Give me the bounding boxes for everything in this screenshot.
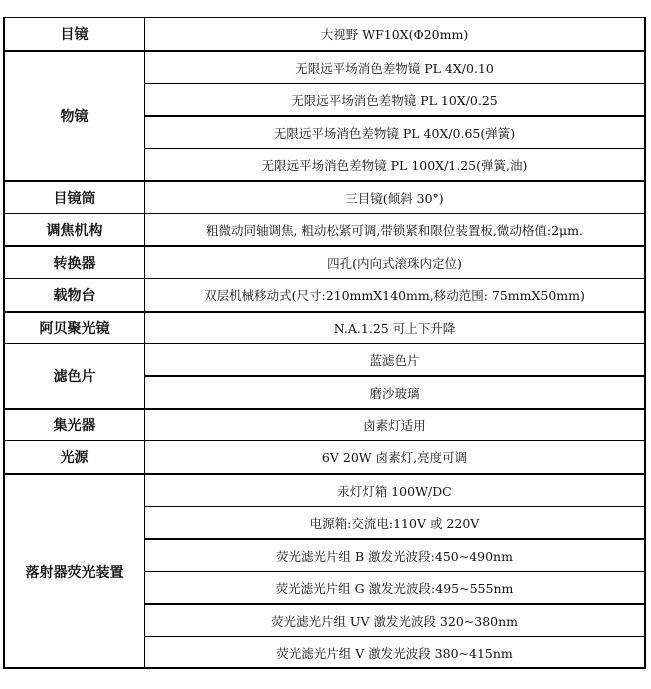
row-value: 荧光滤光片组 V 激发光波段 380~415nm bbox=[145, 637, 644, 668]
row-value: 荧光滤光片组 B 激发光波段:450~490nm bbox=[145, 540, 644, 571]
row-value: 蓝滤色片 bbox=[145, 344, 644, 375]
row-label-eyepiece-tube: 目镜筒 bbox=[5, 182, 144, 213]
row-label-nosepiece: 转换器 bbox=[5, 247, 144, 278]
row-label-focus-mechanism: 调焦机构 bbox=[5, 214, 144, 245]
row-label-collector: 集光器 bbox=[5, 410, 144, 440]
row-value: 汞灯灯箱 100W/DC bbox=[145, 475, 644, 506]
row-label-abbe-condenser: 阿贝聚光镜 bbox=[5, 313, 144, 343]
row-label-stage: 载物台 bbox=[5, 279, 144, 311]
row-label-color-filter: 滤色片 bbox=[5, 344, 144, 408]
row-value: 荧光滤光片组 G 激发光波段:495~555nm bbox=[145, 572, 644, 603]
row-value: 无限远平场消色差物镜 PL 10X/0.25 bbox=[145, 84, 644, 115]
row-value: 无限远平场消色差物镜 PL 4X/0.10 bbox=[145, 52, 644, 83]
row-label-light-source: 光源 bbox=[5, 441, 144, 473]
row-value: 卤素灯适用 bbox=[145, 410, 644, 440]
row-value: 磨沙玻璃 bbox=[145, 377, 644, 408]
row-label-objective: 物镜 bbox=[5, 52, 144, 180]
row-value: 大视野 WF10X(Φ20mm) bbox=[145, 18, 644, 50]
row-value: 双层机械移动式(尺寸:210mmX140mm,移动范围: 75mmX50mm) bbox=[145, 279, 644, 311]
row-value: 无限远平场消色差物镜 PL 100X/1.25(弹簧,油) bbox=[145, 149, 644, 180]
row-label-epi-fluorescence: 落射器荧光装置 bbox=[5, 475, 144, 668]
row-value: 6V 20W 卤素灯,亮度可调 bbox=[145, 441, 644, 473]
row-value: 粗微动同轴调焦, 粗动松紧可调,带锁紧和限位装置板,微动格值:2μm. bbox=[145, 214, 644, 245]
row-value: 四孔(内向式滚珠内定位) bbox=[145, 247, 644, 278]
row-value: 无限远平场消色差物镜 PL 40X/0.65(弹簧) bbox=[145, 117, 644, 148]
row-label-eyepiece: 目镜 bbox=[5, 18, 144, 50]
row-value: 电源箱:交流电:110V 或 220V bbox=[145, 507, 644, 538]
row-value: 荧光滤光片组 UV 激发光波段 320~380nm bbox=[145, 605, 644, 636]
row-value: N.A.1.25 可上下升降 bbox=[145, 313, 644, 343]
spec-table: 目镜 大视野 WF10X(Φ20mm) 物镜 无限远平场消色差物镜 PL 4X/… bbox=[3, 17, 646, 669]
row-value: 三目镜(倾斜 30°) bbox=[145, 182, 644, 213]
